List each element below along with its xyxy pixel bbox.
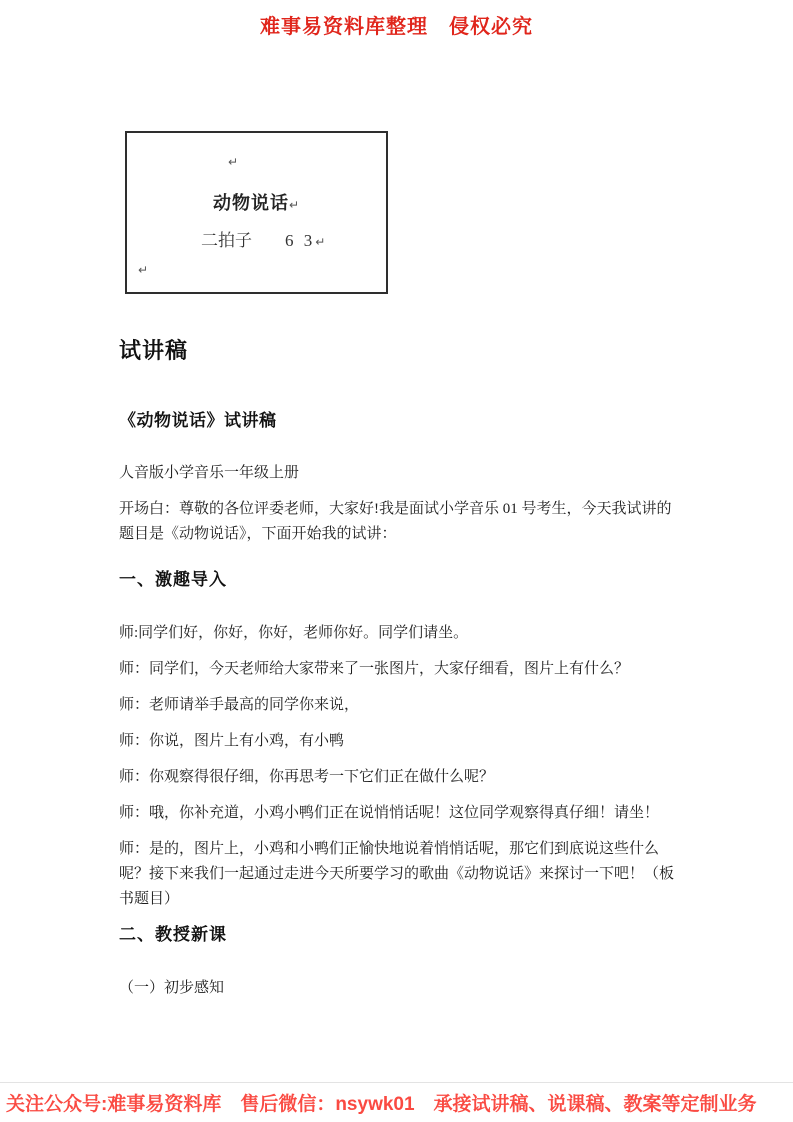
song-score-box: ↵ 动物说话↵ 二拍子6 3↵ ↵ <box>125 131 388 294</box>
textbook-edition: 人音版小学音乐一年级上册 <box>119 463 676 484</box>
watermark-header: 难事易资料库整理 侵权必究 <box>0 10 793 39</box>
dialogue-paragraph: 师：是的，图片上，小鸡和小鸭们正愉快地说着悄悄话呢，那它们到底说这些什么呢？接下… <box>119 837 676 912</box>
document-body: 试讲稿 《动物说话》试讲稿 人音版小学音乐一年级上册 开场白：尊敬的各位评委老师… <box>119 337 676 1001</box>
dialogue-paragraph: 师：哦，你补充道，小鸡小鸭们正在说悄悄话呢！这位同学观察得真仔细！请坐！ <box>119 801 676 826</box>
subsection-label: （一）初步感知 <box>119 976 676 1001</box>
document-page: { "header": { "notice": "难事易资料库整理 侵权必究" … <box>0 0 793 1122</box>
dialogue-paragraph: 师：老师请举手最高的同学你来说， <box>119 693 676 718</box>
opening-remarks: 开场白：尊敬的各位评委老师，大家好!我是面试小学音乐 01 号考生，今天我试讲的… <box>119 497 676 547</box>
paragraph-return-icon: ↵ <box>315 235 325 249</box>
section-heading-1: 一、激趣导入 <box>119 568 676 591</box>
paragraph-return-icon: ↵ <box>289 198 300 212</box>
section-heading-2: 二、教授新课 <box>119 923 676 946</box>
notes-label: 6 3 <box>285 231 315 250</box>
paragraph-return-icon: ↵ <box>228 155 238 169</box>
dialogue-paragraph: 师：你说，图片上有小鸡，有小鸭 <box>119 729 676 754</box>
song-title-text: 动物说话 <box>213 193 289 213</box>
dialogue-paragraph: 师:同学们好，你好，你好，老师你好。同学们请坐。 <box>119 621 676 646</box>
song-title: 动物说话↵ <box>127 189 386 215</box>
doc-title: 试讲稿 <box>119 337 676 364</box>
doc-subtitle: 《动物说话》试讲稿 <box>119 410 676 432</box>
meter-label: 二拍子 <box>201 231 252 250</box>
watermark-footer: 关注公众号:难事易资料库 售后微信：nsywk01 承接试讲稿、说课稿、教案等定… <box>0 1082 793 1122</box>
song-meter-line: 二拍子6 3↵ <box>201 226 325 251</box>
dialogue-paragraph: 师：同学们，今天老师给大家带来了一张图片，大家仔细看，图片上有什么？ <box>119 657 676 682</box>
paragraph-return-icon: ↵ <box>138 263 148 277</box>
dialogue-paragraph: 师：你观察得很仔细，你再思考一下它们正在做什么呢？ <box>119 765 676 790</box>
